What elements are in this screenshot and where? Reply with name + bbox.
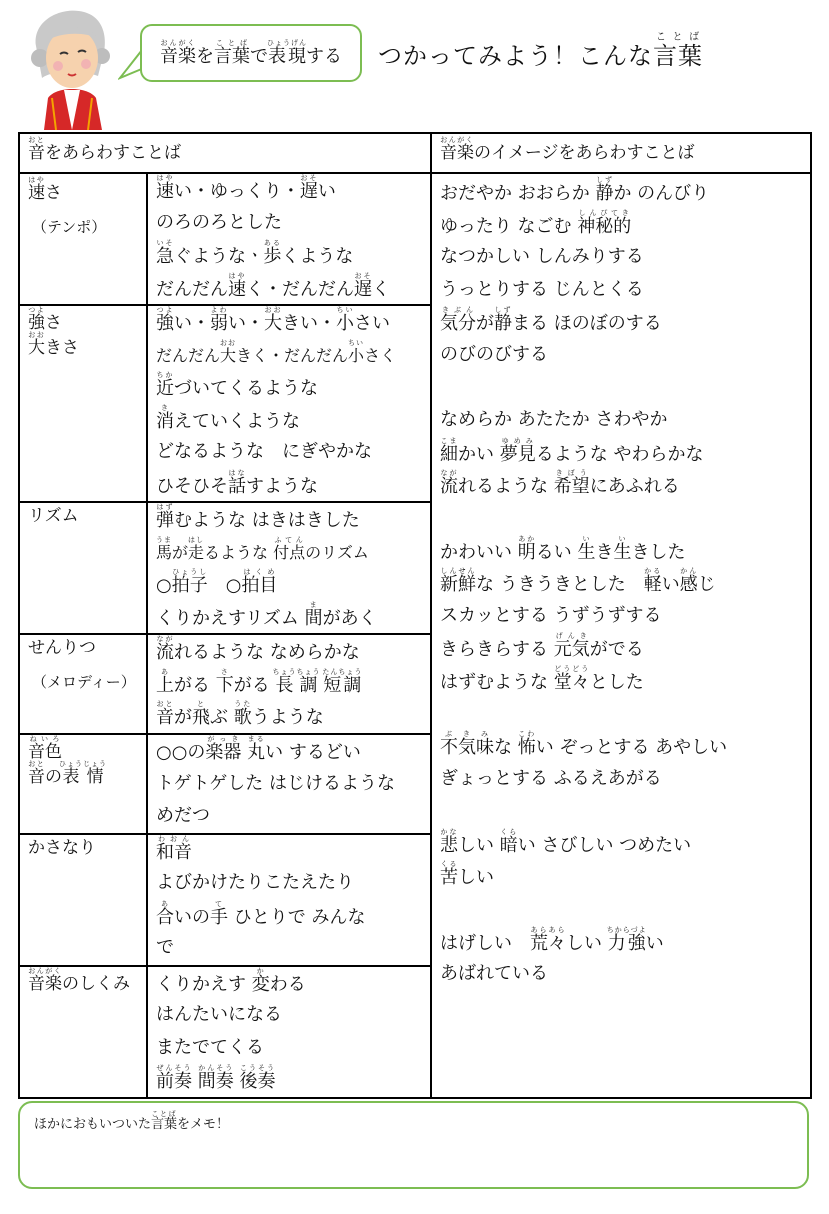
ruby-word: 下さ bbox=[216, 675, 234, 696]
ruby-word: 希望きぼう bbox=[554, 476, 590, 497]
ruby-word: 音楽おんがく bbox=[28, 974, 62, 994]
ruby-word: 速はや bbox=[156, 181, 174, 202]
ruby-word: 音おと bbox=[28, 143, 45, 163]
ruby-word: 力強ちからづよ bbox=[608, 933, 646, 954]
ruby-word: 大おお bbox=[28, 338, 45, 358]
image-word-line: はずむような 堂々どうどうとした bbox=[440, 665, 802, 698]
image-word-line: 苦くるしい bbox=[440, 860, 802, 893]
ruby-word: 変か bbox=[252, 974, 270, 995]
example-line: またでてくる bbox=[156, 1032, 422, 1065]
ruby-word: 苦くる bbox=[440, 867, 458, 888]
ruby-word: 音おと bbox=[28, 767, 45, 787]
example-line: 前奏ぜんそう 間奏かんそう 後奏こうそう bbox=[156, 1064, 422, 1097]
vocabulary-table: 音おとをあらわすことば 音楽おんがくのイメージをあらわすことば 速はやさ（テンポ… bbox=[18, 132, 812, 1099]
category-cell: かさなり bbox=[19, 834, 147, 966]
ruby-word: 遅おそ bbox=[354, 279, 372, 300]
ruby-word: 飛と bbox=[192, 707, 210, 728]
image-word-line: うっとりする じんとくる bbox=[440, 274, 802, 307]
image-word-line: おだやか おおらか 静しずか のんびり bbox=[440, 176, 802, 209]
example-line: めだつ bbox=[156, 800, 422, 833]
ruby-word: 気分きぶん bbox=[440, 313, 476, 334]
image-word-line: ゆったり なごむ 神秘的しんぴてき bbox=[440, 209, 802, 242]
ruby-word: 近ちか bbox=[156, 378, 174, 399]
example-words-cell: 強つよい・弱よわい・大おおきい・小ちいさいだんだん大おおきく・だんだん小ちいさく… bbox=[147, 305, 431, 502]
ruby-word: 間奏かんそう bbox=[198, 1071, 234, 1092]
ruby-word: 流なが bbox=[156, 642, 174, 663]
example-line: 速はやい・ゆっくり・遅おそい bbox=[156, 174, 422, 207]
ruby-word: 音楽おんがく bbox=[160, 46, 196, 67]
ruby-word: 手て bbox=[210, 907, 228, 928]
ruby-word: 堂々どうどう bbox=[554, 672, 590, 693]
category-sub-label: （テンポ） bbox=[28, 217, 138, 237]
example-line: 音おとが飛とぶ 歌うたうような bbox=[156, 700, 422, 733]
ruby-word: 上あ bbox=[156, 675, 174, 696]
category-cell: せんりつ（メロディー） bbox=[19, 634, 147, 734]
ruby-word: 丸まる bbox=[247, 742, 265, 763]
example-line: 近ちかづいてくるような bbox=[156, 371, 422, 404]
image-word-line: スカッとする うずうずする bbox=[440, 600, 802, 633]
ruby-word: 生い bbox=[613, 542, 631, 563]
ruby-word: 軽かる bbox=[644, 574, 662, 595]
spacer bbox=[440, 502, 802, 535]
example-line: ひそひそ話はなすような bbox=[156, 469, 422, 502]
memo-label: ほかにおもいついた言葉ことばをメモ！ bbox=[34, 1117, 229, 1132]
ruby-word: 元気げんき bbox=[554, 639, 590, 660]
example-line: で bbox=[156, 932, 422, 965]
category-label: かさなり bbox=[28, 838, 96, 858]
ruby-word: 遅おそ bbox=[300, 181, 318, 202]
ruby-word: 暗くら bbox=[500, 835, 518, 856]
ruby-word: 夢見ゆめみ bbox=[500, 444, 536, 465]
ruby-word: 後奏こうそう bbox=[239, 1071, 275, 1092]
image-word-line: 細こまかい 夢見ゆめみるような やわらかな bbox=[440, 437, 802, 470]
mozart-icon bbox=[22, 6, 122, 130]
category-cell: 速はやさ（テンポ） bbox=[19, 173, 147, 305]
ruby-word: 不気味ぶきみ bbox=[440, 737, 494, 758]
category-sub-label: （メロディー） bbox=[28, 672, 138, 692]
ruby-word: 怖こわ bbox=[518, 737, 536, 758]
ruby-word: 表情ひょうじょう bbox=[62, 767, 107, 787]
ruby-word: 楽器がっき bbox=[205, 742, 241, 763]
ruby-word: 拍目はくめ bbox=[241, 575, 277, 596]
ruby-word: 短調たんちょう bbox=[323, 675, 362, 696]
ruby-word: 弾はず bbox=[156, 510, 174, 531]
image-word-line: のびのびする bbox=[440, 339, 802, 372]
ruby-word: 新鮮しんせん bbox=[440, 574, 476, 595]
category-label: 強つよさ bbox=[28, 313, 62, 333]
example-line: 弾はずむような はきはきした bbox=[156, 503, 422, 536]
speech-bubble: 音楽おんがくを言葉ことばで表現ひょうげんする bbox=[140, 24, 362, 82]
example-line: 上あがる 下さがる 長調ちょうちょう 短調たんちょう bbox=[156, 668, 422, 701]
ruby-word: 拍子ひょうし bbox=[172, 575, 208, 596]
example-words-cell: 和音わおんよびかけたりこたえたり合あいの手て ひとりで みんなで bbox=[147, 834, 431, 966]
ruby-word: 速はや bbox=[228, 279, 246, 300]
bubble-text: 音楽おんがくを言葉ことばで表現ひょうげんする bbox=[160, 39, 342, 68]
image-word-line: きらきらする 元気げんきがでる bbox=[440, 632, 802, 665]
example-line: はんたいになる bbox=[156, 999, 422, 1032]
spacer bbox=[440, 795, 802, 828]
example-words-cell: くりかえす 変かわるはんたいになるまたでてくる前奏ぜんそう 間奏かんそう 後奏こ… bbox=[147, 966, 431, 1098]
ruby-word: 前奏ぜんそう bbox=[156, 1071, 192, 1092]
ruby-word: 悲かな bbox=[440, 835, 458, 856]
example-line: のろのろとした bbox=[156, 207, 422, 240]
table-row: 速はやさ（テンポ）速はやい・ゆっくり・遅おそいのろのろとした急いそぐようなㆍ歩あ… bbox=[19, 173, 811, 305]
example-words-cell: 速はやい・ゆっくり・遅おそいのろのろとした急いそぐようなㆍ歩あるくようなだんだん… bbox=[147, 173, 431, 305]
example-line: ○○の楽器がっき 丸まるい するどい bbox=[156, 735, 422, 768]
ruby-word: 音色ねいろ bbox=[28, 742, 62, 762]
category-label: リズム bbox=[28, 506, 79, 526]
spacer bbox=[440, 372, 802, 405]
example-line: 流ながれるような なめらかな bbox=[156, 635, 422, 668]
image-word-line: かわいい 明あかるい 生いき生いきした bbox=[440, 535, 802, 568]
ruby-word: 言葉ことば bbox=[653, 42, 703, 70]
ruby-word: 大おお bbox=[264, 313, 282, 334]
example-line: 急いそぐようなㆍ歩あるくような bbox=[156, 239, 422, 272]
category-cell: 音楽おんがくのしくみ bbox=[19, 966, 147, 1098]
example-line: 和音わおん bbox=[156, 835, 422, 868]
category-cell: 強つよさ大おおきさ bbox=[19, 305, 147, 502]
spacer bbox=[440, 893, 802, 926]
ruby-word: 話はな bbox=[228, 476, 246, 497]
example-line: 強つよい・弱よわい・大おおきい・小ちいさい bbox=[156, 306, 422, 339]
image-words-cell: おだやか おおらか 静しずか のんびりゆったり なごむ 神秘的しんぴてきなつかし… bbox=[431, 173, 811, 1098]
ruby-word: 速はや bbox=[28, 183, 45, 203]
image-word-line: なつかしい しんみりする bbox=[440, 241, 802, 274]
image-word-line: 不気味ぶきみな 怖こわい ぞっとする あやしい bbox=[440, 730, 802, 763]
image-word-line: 流ながれるような 希望きぼうにあふれる bbox=[440, 469, 802, 502]
image-word-line: 悲かなしい 暗くらい さびしい つめたい bbox=[440, 828, 802, 861]
category-label-2: 音おとの表情ひょうじょう bbox=[28, 767, 107, 787]
ruby-word: 消き bbox=[156, 411, 174, 432]
example-words-cell: 流ながれるような なめらかな上あがる 下さがる 長調ちょうちょう 短調たんちょう… bbox=[147, 634, 431, 734]
example-line: 馬うまが走はしるような 付点ふてんのリズム bbox=[156, 536, 422, 569]
ruby-word: 生い bbox=[577, 542, 595, 563]
ruby-word: 流なが bbox=[440, 476, 458, 497]
spacer bbox=[440, 698, 802, 731]
example-words-cell: ○○の楽器がっき 丸まるい するどいトゲトゲした はじけるようなめだつ bbox=[147, 734, 431, 834]
ruby-word: 和音わおん bbox=[156, 842, 192, 863]
ruby-word: 音おと bbox=[156, 707, 174, 728]
ruby-word: 神秘的しんぴてき bbox=[577, 216, 631, 237]
category-label: 音楽おんがくのしくみ bbox=[28, 974, 130, 994]
ruby-word: 急いそ bbox=[156, 246, 174, 267]
example-words-cell: 弾はずむような はきはきした馬うまが走はしるような 付点ふてんのリズム○拍子ひょ… bbox=[147, 502, 431, 634]
ruby-word: 歌うた bbox=[234, 707, 252, 728]
ruby-word: 表現ひょうげん bbox=[268, 46, 306, 67]
example-line: だんだん大おおきく・だんだん小ちいさく bbox=[156, 339, 422, 372]
example-line: 合あいの手て ひとりで みんな bbox=[156, 900, 422, 933]
example-line: くりかえす 変かわる bbox=[156, 967, 422, 1000]
ruby-word: 付点ふてん bbox=[273, 543, 305, 562]
category-label: 速はやさ bbox=[28, 183, 62, 203]
ruby-word: 言葉ことば bbox=[214, 46, 250, 67]
ruby-word: 小ちい bbox=[336, 313, 354, 334]
category-label-2: 大おおきさ bbox=[28, 338, 79, 358]
example-line: どなるような にぎやかな bbox=[156, 436, 422, 469]
ruby-word: 走はし bbox=[188, 543, 204, 562]
ruby-word: 小ちい bbox=[348, 346, 364, 365]
ruby-word: 合あ bbox=[156, 907, 174, 928]
example-line: だんだん速はやく・だんだん遅おそく bbox=[156, 272, 422, 305]
example-line: トゲトゲした はじけるような bbox=[156, 768, 422, 801]
ruby-word: 間ま bbox=[305, 608, 323, 629]
ruby-word: 明あか bbox=[518, 542, 536, 563]
header-sound-words: 音おとをあらわすことば bbox=[19, 133, 431, 173]
ruby-word: 大おお bbox=[220, 346, 236, 365]
ruby-word: 静しず bbox=[494, 313, 512, 334]
image-word-line: なめらか あたたか さわやか bbox=[440, 404, 802, 437]
category-cell: 音色ねいろ音おとの表情ひょうじょう bbox=[19, 734, 147, 834]
ruby-word: 言葉ことば bbox=[151, 1117, 177, 1132]
image-word-line: はげしい 荒々あらあらしい 力強ちからづよい bbox=[440, 926, 802, 959]
example-line: くりかえすリズム 間まがあく bbox=[156, 601, 422, 634]
header-image-words: 音楽おんがくのイメージをあらわすことば bbox=[431, 133, 811, 173]
image-word-line: 気分きぶんが静しずまる ほのぼのする bbox=[440, 306, 802, 339]
ruby-word: 強つよ bbox=[28, 313, 45, 333]
ruby-word: 音楽おんがく bbox=[440, 143, 474, 163]
ruby-word: 歩ある bbox=[263, 246, 281, 267]
ruby-word: 長調ちょうちょう bbox=[275, 675, 317, 696]
mascot-illustration bbox=[22, 6, 122, 130]
example-line: よびかけたりこたえたり bbox=[156, 867, 422, 900]
ruby-word: 強つよ bbox=[156, 313, 174, 334]
image-word-line: あばれている bbox=[440, 958, 802, 991]
image-word-line: 新鮮しんせんな うきうきとした 軽かるい感かんじ bbox=[440, 567, 802, 600]
category-cell: リズム bbox=[19, 502, 147, 634]
image-word-line: ぎょっとする ふるえあがる bbox=[440, 763, 802, 796]
memo-box[interactable]: ほかにおもいついた言葉ことばをメモ！ bbox=[18, 1101, 809, 1189]
ruby-word: 弱よわ bbox=[210, 313, 228, 334]
ruby-word: 細こま bbox=[440, 444, 458, 465]
category-label: 音色ねいろ bbox=[28, 742, 62, 762]
example-line: 消きえていくような bbox=[156, 404, 422, 437]
category-label: せんりつ bbox=[28, 638, 96, 658]
example-line: ○拍子ひょうし ○拍目はくめ bbox=[156, 568, 422, 601]
ruby-word: 馬うま bbox=[156, 543, 172, 562]
ruby-word: 感かん bbox=[680, 574, 698, 595]
ruby-word: 荒々あらあら bbox=[530, 933, 566, 954]
page-title: つかってみよう！こんな言葉ことば bbox=[378, 32, 703, 71]
ruby-word: 静しず bbox=[595, 183, 613, 204]
